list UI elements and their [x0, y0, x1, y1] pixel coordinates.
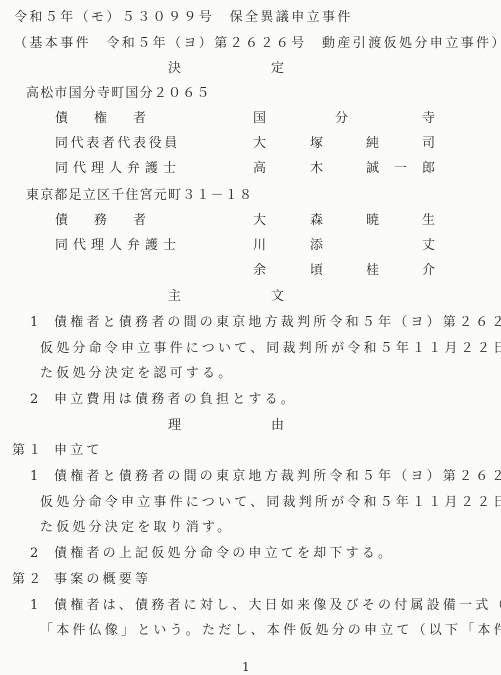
name-char: 余 — [253, 263, 266, 279]
item-line: 仮処分命令申立事件について、同裁判所が令和５年１１月２２日にし — [40, 495, 501, 511]
role-char: 債 務 者 — [55, 213, 146, 229]
page-number: 1 — [242, 660, 250, 674]
debtor-address: 東京都足立区千住宮元町３１－１８ — [26, 188, 253, 204]
item-line: 債権者と債務者の間の東京地方裁判所令和５年（ヨ）第２６２６号 — [54, 315, 501, 331]
base-case-line: （基本事件 令和５年（ヨ）第２６２６号 動産引渡仮処分申立事件） — [14, 36, 501, 52]
reasons-heading-left: 理 — [168, 418, 181, 434]
section-title: 申立て — [54, 443, 103, 459]
reasons-heading-right: 由 — [271, 418, 284, 434]
title-left-char: 決 — [168, 61, 181, 77]
item-line: 仮処分命令申立事件について、同裁判所が令和５年１１月２２日にし — [40, 341, 501, 357]
role-label: 同代理人弁護士 — [55, 238, 181, 254]
item-number: 2 — [30, 392, 38, 408]
case-number-line: 令和５年（モ）５３０９９号 保全異議申立事件 — [14, 10, 353, 26]
item-line: 債権者の上記仮処分命令の申立てを却下する。 — [54, 546, 394, 562]
name-char: 川 — [253, 238, 266, 254]
title-right-char: 定 — [271, 61, 284, 77]
name-char: 誠 — [366, 161, 379, 177]
item-number: 2 — [30, 546, 38, 562]
section-label: 第２ — [12, 572, 44, 588]
main-text-heading-right: 文 — [271, 289, 284, 305]
section-title: 事案の概要等 — [54, 572, 151, 588]
name-char: 桂 — [366, 263, 379, 279]
creditor-address: 高松市国分寺町国分２０６５ — [26, 86, 211, 102]
name-char: 頃 — [310, 263, 323, 279]
item-line: 「本件仏像」という。ただし、本件仮処分の申立て（以下「本件仮処分 — [40, 623, 501, 639]
item-line: た仮処分決定を認可する。 — [40, 366, 234, 382]
name-char: 郎 — [422, 161, 435, 177]
item-number: 1 — [30, 315, 38, 331]
name-char: 暁 — [366, 213, 379, 229]
item-line: 申立費用は債務者の負担とする。 — [54, 392, 297, 408]
name-char: 司 — [422, 136, 435, 152]
main-text-heading-left: 主 — [168, 289, 181, 305]
name-char: 寺 — [422, 111, 435, 127]
name-char: 森 — [310, 213, 323, 229]
name-char: 純 — [366, 136, 379, 152]
name-char: 国 — [253, 111, 266, 127]
name-char: 木 — [310, 161, 323, 177]
role-label: 同代表者代表役員 — [55, 136, 180, 152]
name-char: 大 — [253, 136, 266, 152]
item-number: 1 — [30, 469, 38, 485]
item-line: 債権者は、債務者に対し、大日如来像及びその付属設備一式（以下 — [54, 598, 501, 614]
name-char: 塚 — [310, 136, 323, 152]
role-char: 債 権 者 — [55, 111, 146, 127]
document-page: 令和５年（モ）５３０９９号 保全異議申立事件 （基本事件 令和５年（ヨ）第２６２… — [0, 0, 501, 675]
item-line: た仮処分決定を取り消す。 — [40, 520, 233, 536]
name-char: 高 — [253, 161, 266, 177]
item-line: 債権者と債務者の間の東京地方裁判所令和５年（ヨ）第２６２６号 — [54, 469, 501, 485]
item-number: 1 — [30, 598, 38, 614]
role-label: 同代理人弁護士 — [55, 161, 181, 177]
name-char: 生 — [422, 213, 435, 229]
name-char: 添 — [310, 238, 323, 254]
name-char: 介 — [422, 263, 435, 279]
name-char: 一 — [394, 161, 407, 177]
name-char: 分 — [335, 111, 348, 127]
section-label: 第１ — [12, 443, 44, 459]
name-char: 丈 — [422, 238, 435, 254]
name-char: 大 — [253, 213, 266, 229]
